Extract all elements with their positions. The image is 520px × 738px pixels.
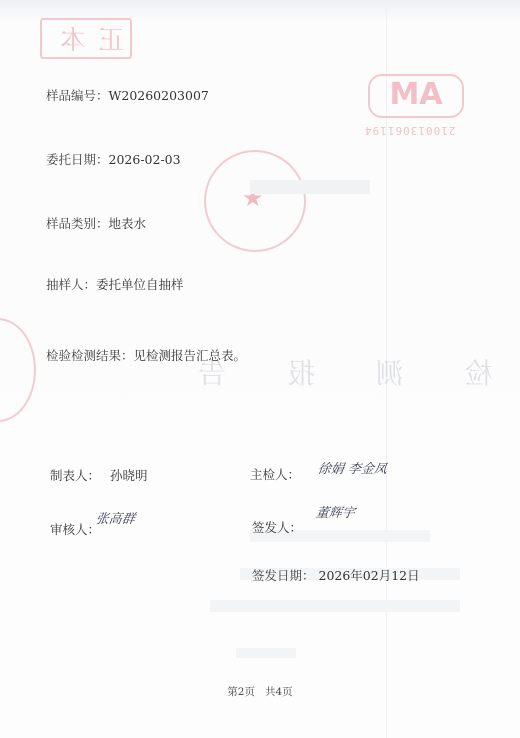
report-page: 正本 MA 210013061194 ★ 检 测 报 告 样品编号：W20260… xyxy=(0,0,520,738)
reviewer-label: 审核人： xyxy=(50,520,100,538)
issuer-label: 签发人： xyxy=(252,518,302,536)
inspection-result-field: 检验检测结果：见检测报告汇总表。 xyxy=(46,346,246,364)
original-copy-stamp: 正本 xyxy=(40,18,132,59)
inspector-label: 主检人： xyxy=(250,465,300,483)
preparer-label: 制表人： xyxy=(50,466,100,484)
ghost-text-4 xyxy=(210,600,460,612)
sample-category-field: 样品类别：地表水 xyxy=(46,214,146,232)
ma-certification-number: 210013061194 xyxy=(364,124,455,137)
ma-certification-stamp: MA xyxy=(368,74,464,118)
partial-seal-left xyxy=(0,318,36,422)
issuer-signature: 董辉宇 xyxy=(315,502,357,521)
entrust-date-field: 委托日期：2026-02-03 xyxy=(46,150,181,168)
sample-number-field: 样品编号：W20260203007 xyxy=(46,86,209,104)
ghost-text-5 xyxy=(236,648,296,658)
page-number: 第2页 共4页 xyxy=(0,684,520,699)
ghost-text-1 xyxy=(250,180,370,194)
inspector-signature: 徐娟 李金凤 xyxy=(317,458,389,477)
preparer-name: 孙晓明 xyxy=(110,466,148,484)
issue-date-field: 签发日期： 2026年02月12日 xyxy=(252,566,420,584)
reviewer-signature: 张高群 xyxy=(95,508,137,527)
sampler-field: 抽样人：委托单位自抽样 xyxy=(46,275,184,293)
